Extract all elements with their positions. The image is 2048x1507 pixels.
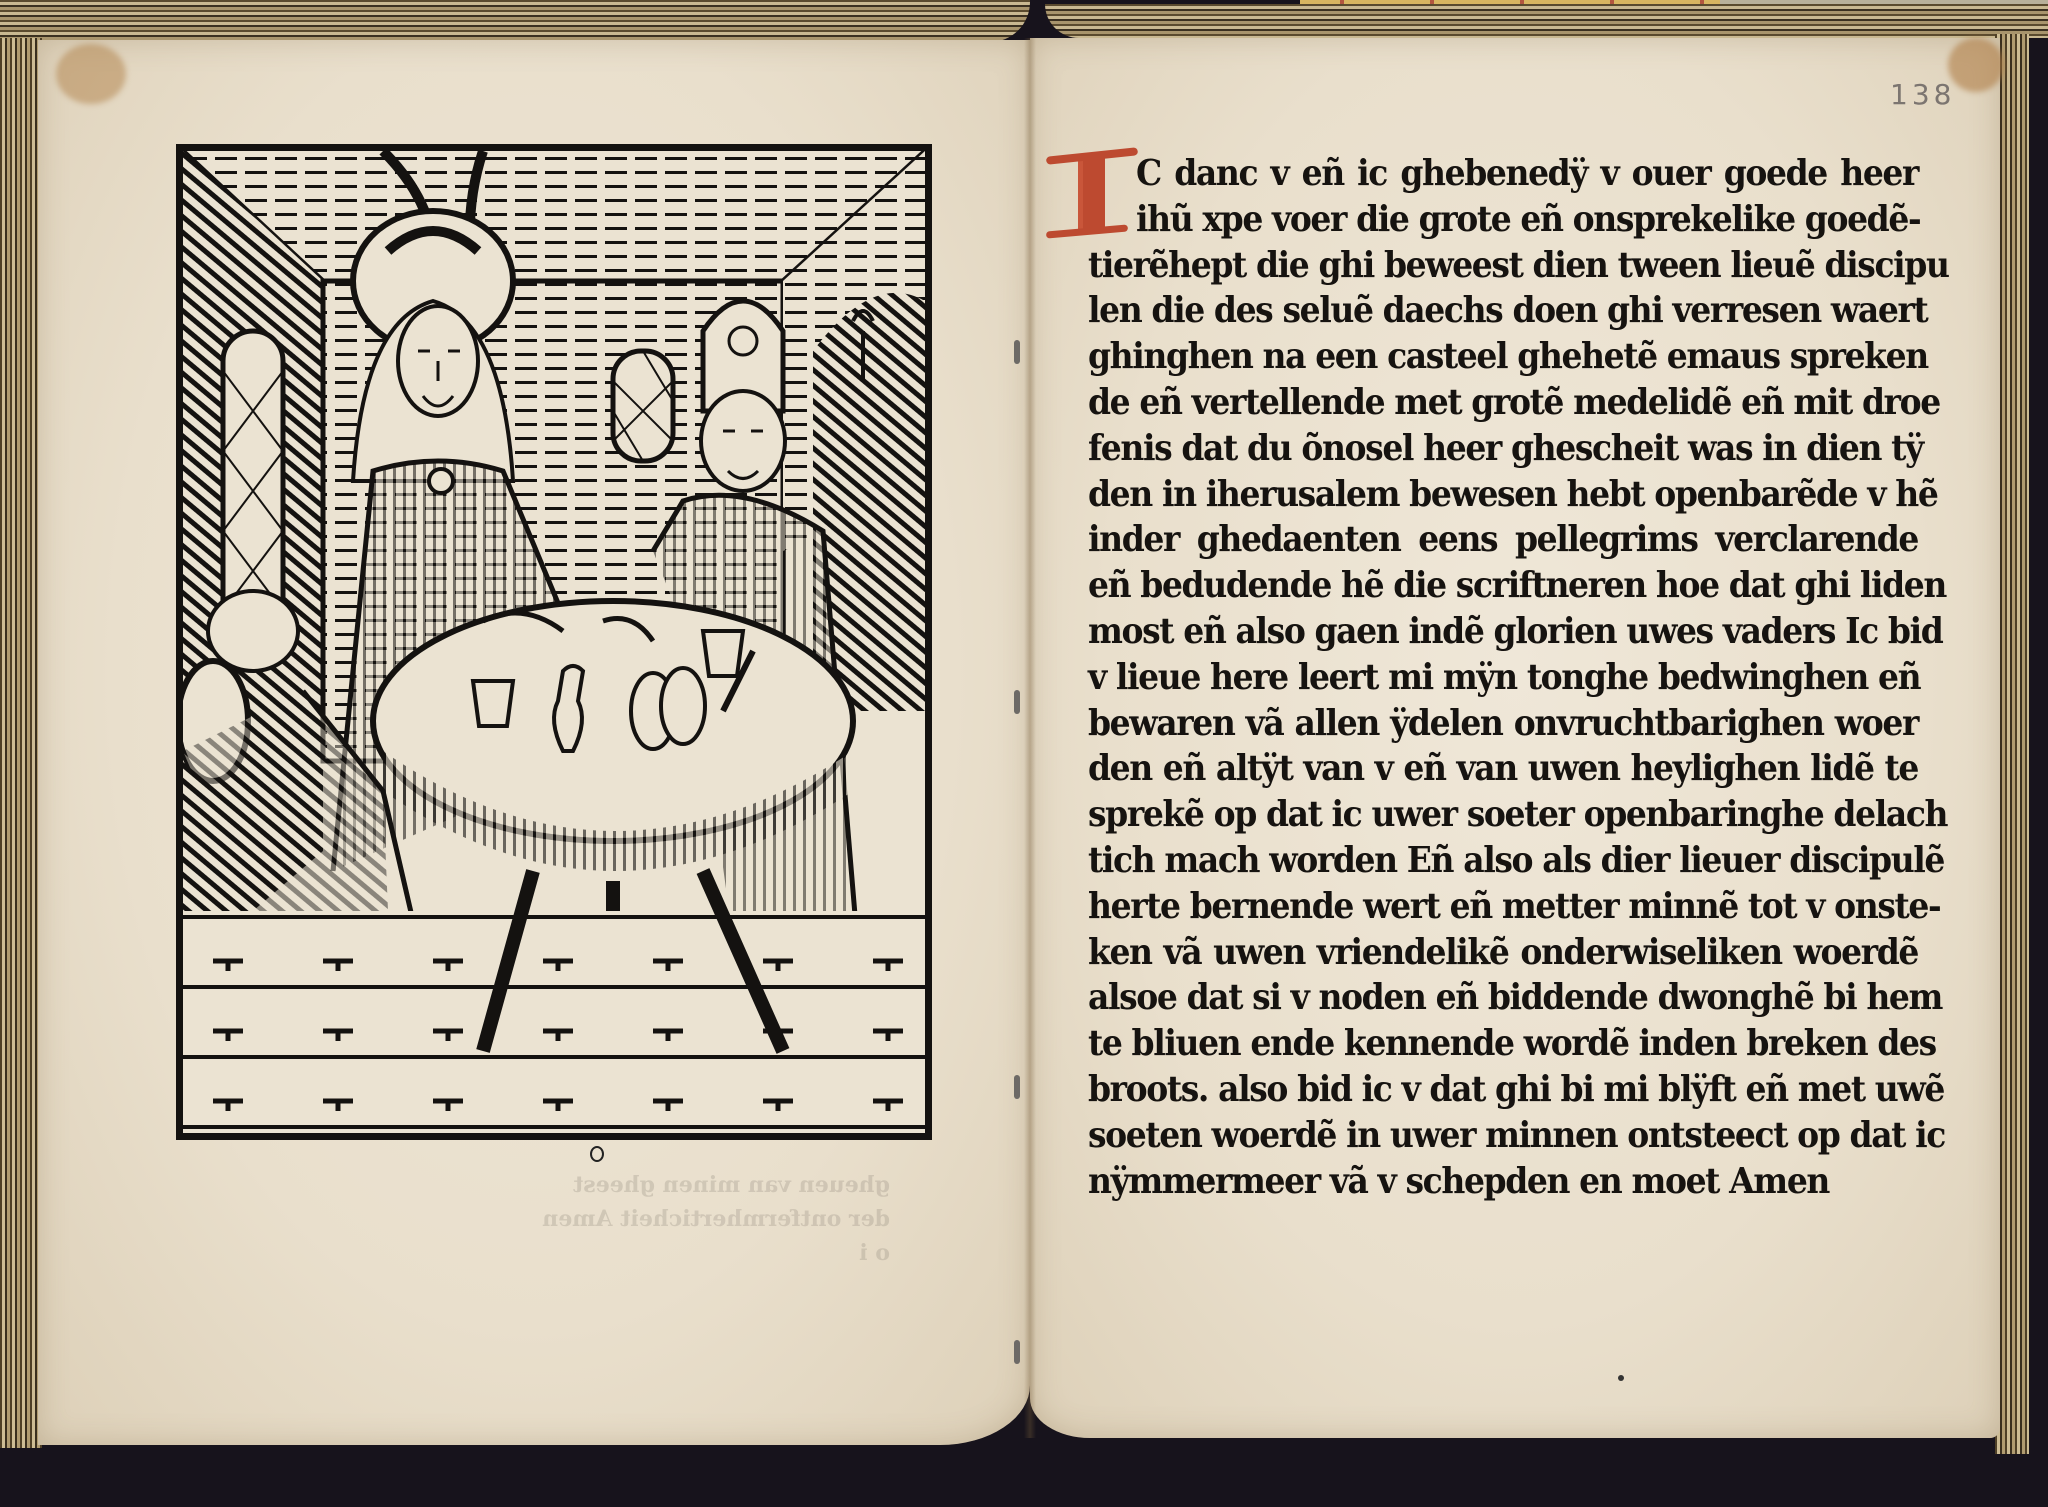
foxing-stain: [56, 44, 126, 104]
text-line: ghinghen na een casteel ghehetẽ emaus sp…: [1088, 331, 1918, 380]
text-line: eñ bedudende hẽ die scriftneren hoe dat …: [1088, 560, 1918, 609]
right-page-block-top-edge: [1045, 4, 2048, 38]
text-line: den eñ altÿt van v eñ van uwen heylighen…: [1088, 744, 1918, 793]
folio-number: 138: [1890, 78, 1955, 111]
text-line: ihũ xpe voer die grote eñ onsprekelike g…: [1088, 194, 1918, 243]
woodcut-emmaus-scene-icon: [183, 151, 925, 1133]
gutter-fold: [1024, 38, 1036, 1438]
sewing-thread-mark: [1014, 340, 1020, 364]
sewing-thread-mark: [1014, 690, 1020, 714]
sewing-thread-mark: [1014, 1075, 1020, 1099]
text-line: inder ghedaenten eens pellegrims verclar…: [1088, 515, 1918, 564]
text-line: soeten woerdẽ in uwer minnen ontsteect o…: [1088, 1110, 1918, 1159]
text-line: v lieue here leert mi mÿn tonghe bedwing…: [1088, 652, 1918, 701]
prayer-text-block: C danc v eñ ic ghebenedÿ v ouer goede he…: [1088, 150, 1918, 1203]
text-line: most eñ also gaen indẽ glorien uwes vade…: [1088, 606, 1918, 655]
text-line: de eñ vertellende met grotẽ medelidẽ eñ …: [1088, 377, 1918, 426]
text-line: alsoe dat si v noden eñ biddende dwonghẽ…: [1088, 973, 1918, 1022]
text-line: te bliuen ende kennende wordẽ inden brek…: [1088, 1018, 1918, 1067]
text-line: ken vã uwen vriendelikẽ onderwiseliken w…: [1088, 927, 1918, 976]
text-line: fenis dat du õnosel heer ghescheit was i…: [1088, 423, 1918, 472]
text-line: sprekẽ op dat ic uwer soeter openbaringh…: [1088, 789, 1918, 838]
text-line: herte bernende wert eñ metter minnẽ tot …: [1088, 881, 1918, 930]
text-line: den in iherusalem bewesen hebt openbarẽd…: [1088, 469, 1918, 518]
text-line: tich mach worden Eñ also als dier lieuer…: [1088, 835, 1918, 884]
book-spread-photo: gheuen van minen gheest der ontfermherti…: [0, 0, 2048, 1507]
text-line: bewaren vã allen ÿdelen onvruchtbarighen…: [1088, 698, 1918, 747]
left-fore-edge: [0, 38, 42, 1448]
show-through-line: gheuen van minen gheest: [190, 1168, 890, 1202]
sewing-thread-mark: [1014, 1340, 1020, 1364]
show-through-line: o i: [190, 1236, 890, 1270]
text-line: C danc v eñ ic ghebenedÿ v ouer goede he…: [1088, 148, 1918, 197]
text-line: len die des seluẽ daechs doen ghi verres…: [1088, 286, 1918, 335]
show-through-line: der ontfermherticheit Amen: [190, 1202, 890, 1236]
text-line: nÿmmermeer vã v schepden en moet Amen: [1088, 1156, 1918, 1205]
left-page-block-top-edge: [0, 0, 1030, 42]
text-line: tierẽhept die ghi beweest dien tween lie…: [1088, 240, 1918, 289]
show-through-text: gheuen van minen gheest der ontfermherti…: [190, 1168, 890, 1270]
right-fore-edge: [1995, 34, 2029, 1454]
text-line: broots. also bid ic v dat ghi bi mi blÿf…: [1088, 1064, 1918, 1113]
signature-mark: [590, 1146, 604, 1162]
corner-stain: [1948, 38, 2004, 92]
woodcut-illustration: [176, 144, 932, 1140]
paper-speck: [1618, 1375, 1624, 1381]
